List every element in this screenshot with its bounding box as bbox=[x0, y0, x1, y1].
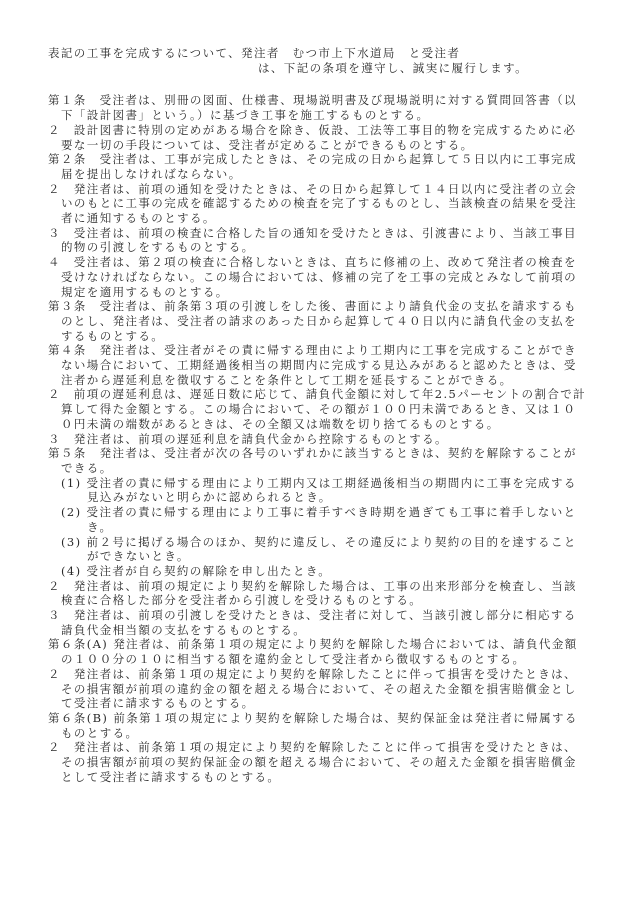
article-6b-para-2: ２ 発注者は、前条第１項の規定により契約を解除したことに伴って損害を受けたときは… bbox=[48, 740, 588, 784]
preamble-line-2: は、下記の条項を遵守し、誠実に履行します。 bbox=[48, 61, 588, 76]
article-6b: 第６条(B) 前条第１項の規定により契約を解除した場合は、契約保証金は発注者に帰… bbox=[48, 711, 588, 740]
article-2-para-3: ３ 受注者は、前項の検査に合格した旨の通知を受けたときは、引渡書により、当該工事… bbox=[48, 226, 588, 255]
article-4: 第４条 発注者は、受注者がその責に帰する理由により工期内に工事を完成することがで… bbox=[48, 343, 588, 387]
article-2-para-2: ２ 発注者は、前項の通知を受けたときは、その日から起算して１４日以内に受注者の立… bbox=[48, 182, 588, 226]
article-5-item-2: (2) 受注者の責に帰する理由により工事に着手すべき時期を過ぎても工事に着手しな… bbox=[48, 505, 588, 534]
preamble: 表記の工事を完成するについて、発注者 むつ市上下水道局 と受注者 は、下記の条項… bbox=[48, 46, 588, 75]
article-1-para-2: ２ 設計図書に特別の定めがある場合を除き、仮設、工法等工事目的物を完成するために… bbox=[48, 123, 588, 152]
preamble-line-1: 表記の工事を完成するについて、発注者 むつ市上下水道局 と受注者 bbox=[48, 46, 588, 61]
article-5-item-4: (4) 受注者が自ら契約の解除を申し出たとき。 bbox=[48, 564, 588, 579]
contract-document: 表記の工事を完成するについて、発注者 むつ市上下水道局 と受注者 は、下記の条項… bbox=[48, 46, 588, 784]
article-5-item-3: (3) 前２号に掲げる場合のほか、契約に違反し、その違反により契約の目的を達する… bbox=[48, 535, 588, 564]
article-4-para-3: ３ 発注者は、前項の遅延利息を請負代金から控除するものとする。 bbox=[48, 432, 588, 447]
article-5-item-1: (1) 受注者の責に帰する理由により工期内又は工期経過後相当の期間内に工事を完成… bbox=[48, 476, 588, 505]
article-5-para-3: ３ 発注者は、前項の引渡しを受けたときは、受注者に対して、当該引渡し部分に相応す… bbox=[48, 608, 588, 637]
article-5-para-2: ２ 発注者は、前項の規定により契約を解除した場合は、工事の出来形部分を検査し、当… bbox=[48, 579, 588, 608]
article-3: 第３条 受注者は、前条第３項の引渡しをした後、書面により請負代金の支払を請求する… bbox=[48, 299, 588, 343]
clauses: 第１条 受注者は、別冊の図面、仕様書、現場説明書及び現場説明に対する質問回答書（… bbox=[48, 93, 588, 784]
article-6a: 第６条(A) 発注者は、前条第１項の規定により契約を解除した場合においては、請負… bbox=[48, 637, 588, 666]
article-6a-para-2: ２ 発注者は、前条第１項の規定により契約を解除したことに伴って損害を受けたときは… bbox=[48, 667, 588, 711]
article-4-para-2: ２ 前項の遅延利息は、遅延日数に応じて、請負代金額に対して年2.5パーセントの割… bbox=[48, 387, 588, 431]
article-2: 第２条 受注者は、工事が完成したときは、その完成の日から起算して５日以内に工事完… bbox=[48, 152, 588, 181]
article-2-para-4: ４ 受注者は、第２項の検査に合格しないときは、直ちに修補の上、改めて発注者の検査… bbox=[48, 255, 588, 299]
article-1: 第１条 受注者は、別冊の図面、仕様書、現場説明書及び現場説明に対する質問回答書（… bbox=[48, 93, 588, 122]
article-5: 第５条 発注者は、受注者が次の各号のいずれかに該当するときは、契約を解除すること… bbox=[48, 446, 588, 475]
